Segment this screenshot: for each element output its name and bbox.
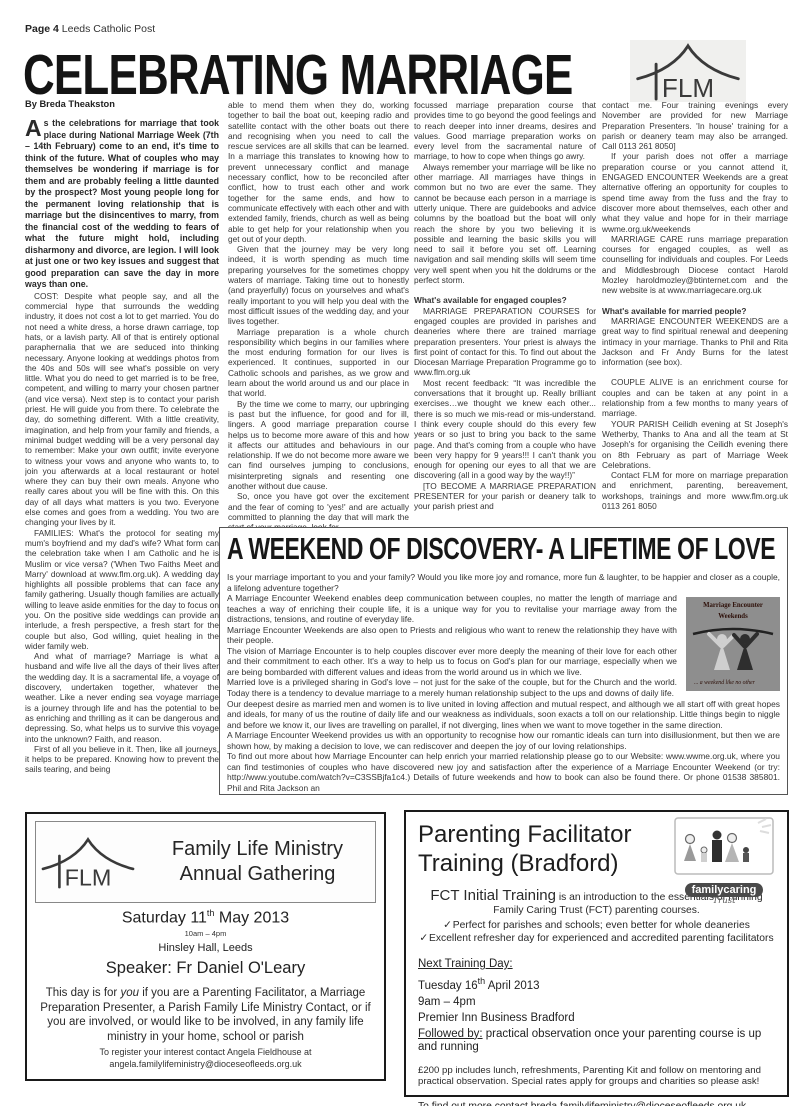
weekend-paragraph: A Marriage Encounter Weekend provides us… xyxy=(227,730,780,751)
article-paragraph: contact me. Four training evenings every… xyxy=(602,100,788,151)
newspaper-page: Page 4 Leeds Catholic Post CELEBRATING M… xyxy=(0,0,800,1106)
family-caring-logo-subtext: Trust xyxy=(670,896,778,906)
parenting-followed-label: Followed by: xyxy=(418,1028,483,1040)
parenting-date-text: Tuesday 16 xyxy=(418,979,478,991)
flm-logo-text: FLM xyxy=(65,864,112,890)
flm-house-icon: FLM xyxy=(630,40,746,102)
gathering-box: FLM Family Life Ministry Annual Gatherin… xyxy=(25,812,386,1081)
weekend-headline: A WEEKEND OF DISCOVERY- A LIFETIME OF LO… xyxy=(227,531,636,567)
family-caring-logo-text: familycaring xyxy=(685,883,764,897)
parenting-time: 9am – 4pm xyxy=(418,994,775,1011)
marriage-encounter-logo-tagline: ... a weekend like no other xyxy=(689,678,777,689)
article-paragraph: YOUR PARISH Ceilidh evening at St Joseph… xyxy=(602,419,788,470)
weekend-section: A WEEKEND OF DISCOVERY- A LIFETIME OF LO… xyxy=(219,527,788,795)
parenting-date-text: April 2013 xyxy=(485,979,539,991)
parenting-bullet: ✓Perfect for parishes and schools; even … xyxy=(418,919,775,932)
parenting-intro-lead: FCT Initial Training xyxy=(430,887,556,904)
gathering-description-emphasis: you xyxy=(120,987,139,999)
parenting-contact-email: To find out more contact breda.familylif… xyxy=(418,1101,775,1106)
page-number: Page 4 xyxy=(25,23,59,35)
check-icon: ✓ xyxy=(419,933,428,944)
parenting-box: Parenting Facilitator Training (Bradford… xyxy=(404,810,789,1097)
article-paragraph: And what of marriage? Marriage is what a… xyxy=(25,651,219,744)
flm-house-icon: FLM xyxy=(36,827,140,897)
flm-logo-text: FLM xyxy=(662,73,714,102)
article-column-2: able to mend them when they do, working … xyxy=(228,100,409,526)
parenting-date: Tuesday 16th April 2013 xyxy=(418,973,775,994)
parenting-followed-by: Followed by: practical observation once … xyxy=(418,1028,775,1055)
gathering-date: Saturday 11th May 2013 xyxy=(27,908,384,927)
gathering-title: Family Life Ministry Annual Gathering xyxy=(140,837,375,887)
article-paragraph: If your parish does not offer a marriage… xyxy=(602,151,788,233)
parenting-title: Parenting Facilitator Training (Bradford… xyxy=(418,820,663,878)
article-column-3: focussed marriage preparation course tha… xyxy=(414,100,596,526)
article-paragraph: Contact FLM for more on marriage prepara… xyxy=(602,470,788,511)
article-paragraph: MARRIAGE ENCOUNTER WEEKENDS are a great … xyxy=(602,316,788,367)
article-paragraph: By the time we come to marry, our upbrin… xyxy=(228,399,409,492)
parenting-next-label: Next Training Day: xyxy=(418,956,775,973)
article-paragraph: focussed marriage preparation course tha… xyxy=(414,100,596,162)
article-paragraph: COST: Despite what people say, and all t… xyxy=(25,291,219,528)
article-paragraph: Given that the journey may be very long … xyxy=(228,244,409,326)
article-paragraph: able to mend them when they do, working … xyxy=(228,100,409,244)
flm-logo-small: FLM xyxy=(36,827,140,897)
couple-figures-icon xyxy=(689,622,777,674)
gathering-venue: Hinsley Hall, Leeds xyxy=(27,942,384,954)
gathering-title-line1: Family Life Ministry xyxy=(140,837,375,862)
section-subhead: What's available for married people? xyxy=(602,306,788,316)
gathering-description: This day is for you if you are a Parenti… xyxy=(37,986,374,1044)
weekend-paragraph: Is your marriage important to you and yo… xyxy=(227,572,780,593)
weekend-body: Is your marriage important to you and yo… xyxy=(227,572,780,793)
gathering-contact: To register your interest contact Angela… xyxy=(27,1047,384,1070)
article-column-4: contact me. Four training evenings every… xyxy=(602,100,788,526)
parenting-venue: Premier Inn Business Bradford xyxy=(418,1010,775,1027)
gathering-date-text: May 2013 xyxy=(214,909,289,926)
gathering-description-text: This day is for xyxy=(46,987,121,999)
masthead: Page 4 Leeds Catholic Post xyxy=(25,23,155,35)
check-icon: ✓ xyxy=(443,920,452,931)
article-paragraph: Marriage preparation is a whole church r… xyxy=(228,327,409,399)
drop-cap: A xyxy=(25,118,44,138)
parenting-bullet-text: Perfect for parishes and schools; even b… xyxy=(453,920,750,931)
gathering-contact-line1: To register your interest contact Angela… xyxy=(27,1047,384,1059)
weekend-paragraph: Our deepest desire as married men and wo… xyxy=(227,699,780,731)
gathering-contact-email: angela.familylifeministry@dioceseofleeds… xyxy=(27,1059,384,1071)
article-column-1: By Breda Theakston As the celebrations f… xyxy=(25,99,219,811)
article-paragraph: First of all you believe in it. Then, li… xyxy=(25,744,219,775)
section-subhead: What's available for engaged couples? xyxy=(414,295,596,305)
weekend-paragraph: To find out more about how Marriage Enco… xyxy=(227,751,780,793)
marriage-encounter-logo-title: Marriage Encounter Weekends xyxy=(689,601,777,622)
parenting-price: £200 pp includes lunch, refreshments, Pa… xyxy=(418,1065,775,1088)
article-paragraph: Always remember your marriage will be li… xyxy=(414,162,596,286)
parenting-bullet: ✓Excellent refresher day for experienced… xyxy=(418,932,775,945)
flm-logo: FLM xyxy=(630,40,746,102)
article-paragraph: COUPLE ALIVE is an enrichment course for… xyxy=(602,377,788,418)
intro-text: s the celebrations for marriage that too… xyxy=(25,118,219,289)
article-paragraph: FAMILIES: What's the protocol for seatin… xyxy=(25,528,219,652)
gathering-time: 10am – 4pm xyxy=(27,929,384,938)
gathering-date-text: Saturday 11 xyxy=(122,909,207,926)
article-paragraph: MARRIAGE CARE runs marriage preparation … xyxy=(602,234,788,296)
article-paragraph: Most recent feedback: “It was incredible… xyxy=(414,378,596,481)
article-paragraph: MARRIAGE PREPARATION COURSES for engaged… xyxy=(414,306,596,378)
byline: By Breda Theakston xyxy=(25,99,219,109)
publication-name: Leeds Catholic Post xyxy=(59,23,155,35)
gathering-title-line2: Annual Gathering xyxy=(140,862,375,887)
family-caring-logo: familycaring Trust xyxy=(670,817,778,906)
article-intro-paragraph: As the celebrations for marriage that to… xyxy=(25,118,219,291)
gathering-speaker: Speaker: Fr Daniel O'Leary xyxy=(27,959,384,978)
gathering-header: FLM Family Life Ministry Annual Gatherin… xyxy=(35,821,376,903)
family-figures-icon xyxy=(674,817,774,875)
marriage-encounter-logo: Marriage Encounter Weekends ... a weeken… xyxy=(686,597,780,691)
parenting-bullet-text: Excellent refresher day for experienced … xyxy=(429,933,774,944)
article-paragraph: [TO BECOME A MARRIAGE PREPARATION PRESEN… xyxy=(414,481,596,512)
